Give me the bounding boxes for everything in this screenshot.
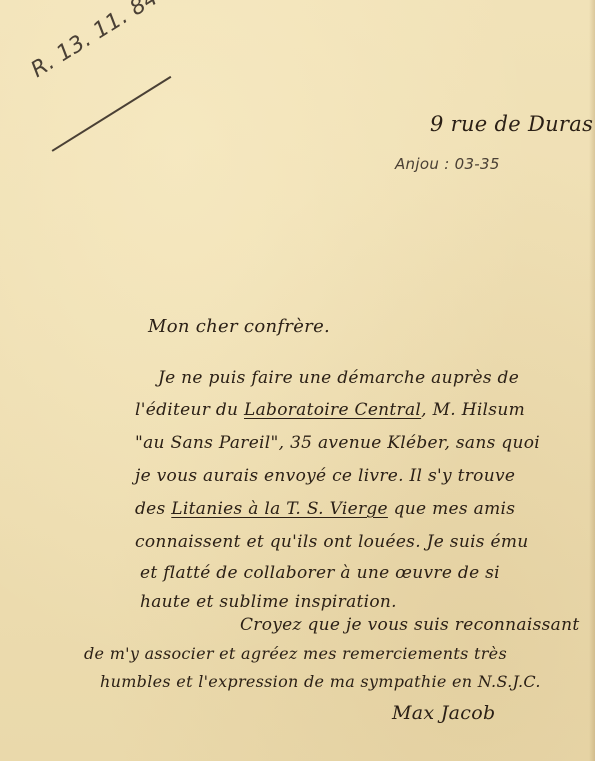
salutation: Mon cher confrère. bbox=[148, 316, 330, 337]
sender-address: 9 rue de Duras bbox=[430, 112, 593, 136]
body-line-9: Croyez que je vous suis reconnaissant bbox=[240, 615, 579, 635]
body-line-10: de m'y associer et agréez mes remercieme… bbox=[84, 644, 507, 663]
body-line-1: Je ne puis faire une démarche auprès de bbox=[158, 368, 519, 388]
body-line-6: connaissent et qu'ils ont louées. Je sui… bbox=[135, 532, 529, 552]
body-text: que mes amis bbox=[388, 499, 515, 519]
body-line-2: l'éditeur du Laboratoire Central, M. Hil… bbox=[135, 400, 525, 420]
poem-title-litanies: Litanies à la T. S. Vierge bbox=[171, 499, 388, 519]
body-line-7: et flatté de collaborer à une œuvre de s… bbox=[140, 563, 500, 583]
signature: Max Jacob bbox=[392, 702, 495, 724]
body-line-3: "au Sans Pareil", 35 avenue Kléber, sans… bbox=[135, 433, 540, 453]
phone-number: Anjou : 03-35 bbox=[395, 155, 500, 173]
body-text: l'éditeur du bbox=[135, 400, 238, 420]
body-line-8: haute et sublime inspiration. bbox=[140, 592, 397, 612]
book-title-laboratoire-central: Laboratoire Central bbox=[244, 400, 421, 420]
body-line-4: je vous aurais envoyé ce livre. Il s'y t… bbox=[135, 466, 515, 486]
body-line-5: des Litanies à la T. S. Vierge que mes a… bbox=[135, 499, 515, 519]
letter-page: R. 13. 11. 84 9 rue de Duras Anjou : 03-… bbox=[0, 0, 595, 761]
received-date-annotation: R. 13. 11. 84 bbox=[27, 0, 163, 83]
body-text: des bbox=[135, 499, 166, 519]
body-line-11: humbles et l'expression de ma sympathie … bbox=[100, 672, 541, 691]
annotation-underline bbox=[52, 76, 172, 151]
body-text: , M. Hilsum bbox=[421, 400, 525, 420]
